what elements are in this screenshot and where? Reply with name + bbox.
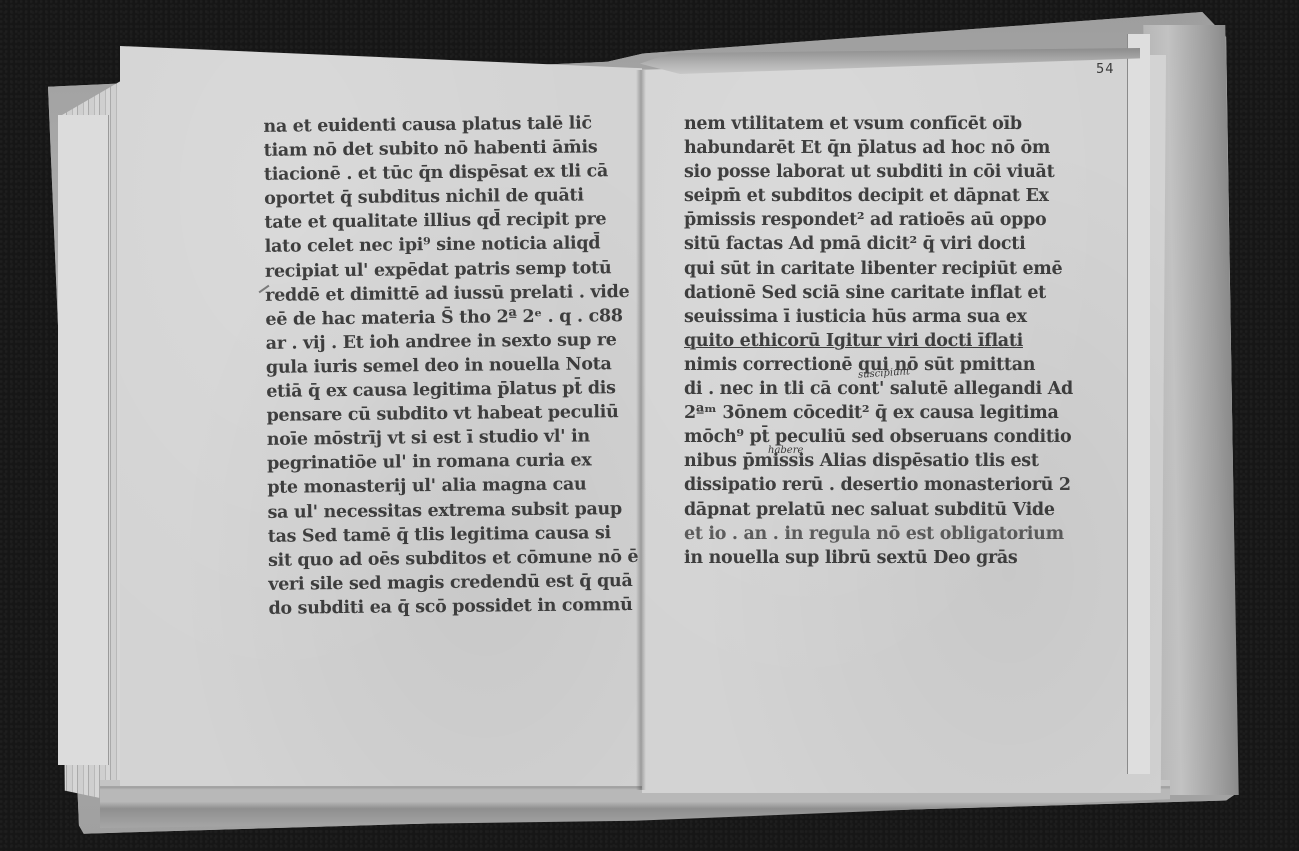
text-line: 2ªᵐ 3ōnem cōcedit² q̄ ex causa legitima <box>684 401 1044 425</box>
text-line: na et euidenti causa platus talē lic̄ <box>263 111 613 139</box>
text-line: pegrinatiōe ul' in romana curia ex <box>267 448 617 476</box>
text-line: tiacionē . et tūc q̄n dispēsat ex tli cā <box>264 159 614 187</box>
text-line: etiā q̄ ex causa legitima p̄latus pt̄ di… <box>266 376 616 404</box>
text-line: seipm̄ et subditos decipit et dāpnat Ex <box>684 184 1044 208</box>
text-line: et io . an . in regula nō est obligatori… <box>684 522 1044 546</box>
gutter <box>636 70 646 790</box>
text-line: seuissima ī iusticia hūs arma sua ex <box>684 305 1044 329</box>
flyleaf <box>58 115 108 765</box>
left-page-text: na et euidenti causa platus talē lic̄ ti… <box>263 111 618 621</box>
text-line: oportet q̄ subditus nichil de quāti <box>264 183 614 211</box>
text-line: tas Sed tamē q̄ tlis legitima causa si <box>268 521 618 549</box>
text-line: nem vtilitatem et vsum confīcēt oīb <box>684 112 1044 136</box>
text-line: dissipatio rerū . desertio monasteriorū … <box>684 473 1044 497</box>
text-line: dationē Sed sciā sine caritate inflat et <box>684 281 1044 305</box>
text-line: lato celet nec ipi⁹ sine noticia aliqd̄ <box>265 232 615 260</box>
text-line: eē de hac materia S̄ tho 2ª 2ᵉ . q . c88 <box>265 304 615 332</box>
text-line: nibus p̄missis Alias dispēsatio tlis est <box>684 449 1044 473</box>
text-line: veri sile sed magis credendū est q̄ quā <box>268 569 618 597</box>
text-line: mōch⁹ pt̄ peculiū sed obseruans conditio <box>684 425 1044 449</box>
text-line: recipiat ul' expēdat patris semp totū <box>265 256 615 284</box>
interlinear-gloss: habere <box>768 445 803 456</box>
text-line: p̄missis respondet² ad ratioēs aū oppo <box>684 208 1044 232</box>
text-line: sio posse laborat ut subditi in cōi viuā… <box>684 160 1044 184</box>
text-line: ar . vij . Et ioh andree in sexto sup re <box>266 328 616 356</box>
text-line: pensare cū subdito vt habeat peculiū <box>266 400 616 428</box>
right-page-text: nem vtilitatem et vsum confīcēt oīb habu… <box>684 112 1044 570</box>
text-line: dāpnat prelatū nec saluat subditū Vide <box>684 498 1044 522</box>
text-line: sitū factas Ad pmā dicit² q̄ viri docti <box>684 232 1044 256</box>
text-line: habundarēt Et q̄n p̄latus ad hoc nō ōm <box>684 136 1044 160</box>
text-line: pte monasterij ul' alia magna cau <box>267 473 617 501</box>
text-line: in nouella sup librū sextū Deo grās <box>684 546 1044 570</box>
text-line: tate et qualitate illius qd̄ recipit pre <box>264 208 614 236</box>
right-page-guard-strip <box>1128 34 1150 774</box>
text-line: di . nec in tli cā cont' salutē allegand… <box>684 377 1044 401</box>
text-line: gula iuris semel deo in nouella Nota <box>266 352 616 380</box>
text-line: tiam nō det subito nō habenti ām̄is <box>264 135 614 163</box>
text-line: sa ul' necessitas extrema subsit paup <box>267 497 617 525</box>
text-line: do subditi ea q̄ scō possidet in commū <box>268 593 618 621</box>
text-line: sit quo ad oēs subditos et cōmune nō ē <box>268 545 618 573</box>
text-line: qui sūt in caritate libenter recipiūt em… <box>684 257 1044 281</box>
text-line-underlined: quito ethicorū Igitur viri docti īflati <box>684 329 1044 353</box>
text-line: noīe mōstrīj vt si est ī studio vl' in <box>267 424 617 452</box>
text-line: reddē et dimittē ad iussū prelati . vide <box>265 280 615 308</box>
folio-number: 54 <box>1096 62 1115 77</box>
